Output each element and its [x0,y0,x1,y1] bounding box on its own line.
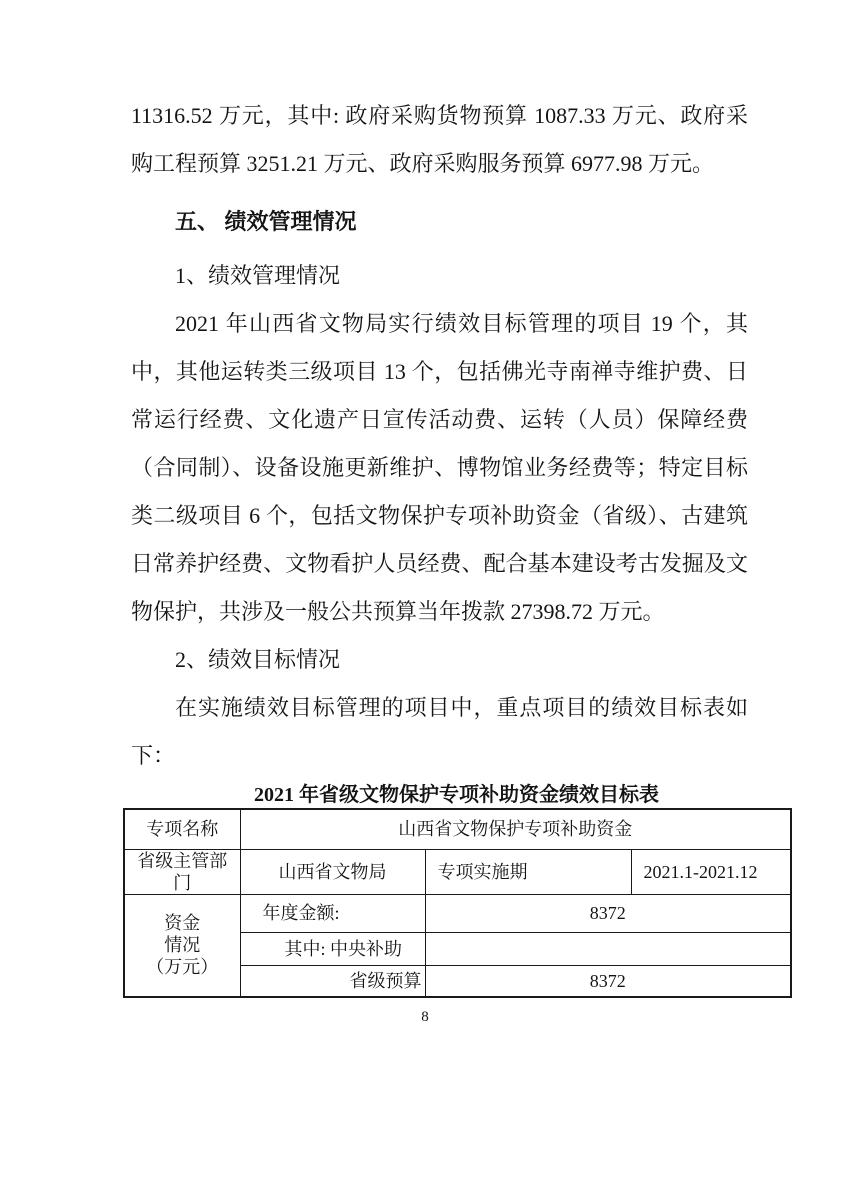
annual-amount-label-cell: 年度金额: [240,894,425,932]
paragraph-performance-projects: 2021 年山西省文物局实行绩效目标管理的项目 19 个，其中，其他运转类三级项… [131,300,748,636]
table-row-project-name: 专项名称 山西省文物保护专项补助资金 [124,809,791,849]
document-page: 11316.52 万元，其中: 政府采购货物预算 1087.33 万元、政府采购… [0,0,850,1202]
project-name-label-cell: 专项名称 [124,809,240,849]
section-heading-performance-management: 五、 绩效管理情况 [131,198,748,246]
central-subsidy-label-cell: 其中: 中央补助 [240,932,425,965]
implementation-period-value-cell: 2021.1-2021.12 [631,849,791,894]
sub-heading-performance-management: 1、绩效管理情况 [131,252,748,300]
page-number: 8 [0,1007,850,1027]
project-name-value-cell: 山西省文物保护专项补助资金 [240,809,791,849]
performance-target-table-wrapper: 专项名称 山西省文物保护专项补助资金 省级主管部门 山西省文物局 专项实施期 2… [123,808,748,998]
table-row-department: 省级主管部门 山西省文物局 专项实施期 2021.1-2021.12 [124,849,791,894]
funds-situation-label-cell: 资金 情况 （万元） [124,894,240,997]
department-value-cell: 山西省文物局 [240,849,425,894]
provincial-budget-label-cell: 省级预算 [240,965,425,997]
implementation-period-label-cell: 专项实施期 [425,849,631,894]
annual-amount-value-cell: 8372 [425,894,791,932]
sub-heading-performance-targets: 2、绩效目标情况 [131,636,748,684]
table-row-annual-amount: 资金 情况 （万元） 年度金额: 8372 [124,894,791,932]
performance-target-table: 专项名称 山西省文物保护专项补助资金 省级主管部门 山西省文物局 专项实施期 2… [123,808,792,998]
paragraph-budget-continuation: 11316.52 万元，其中: 政府采购货物预算 1087.33 万元、政府采购… [131,92,748,188]
central-subsidy-value-cell [425,932,791,965]
department-label-cell: 省级主管部门 [124,849,240,894]
paragraph-table-intro: 在实施绩效目标管理的项目中，重点项目的绩效目标表如下： [131,684,748,780]
table-title: 2021 年省级文物保护专项补助资金绩效目标表 [123,782,790,808]
provincial-budget-value-cell: 8372 [425,965,791,997]
